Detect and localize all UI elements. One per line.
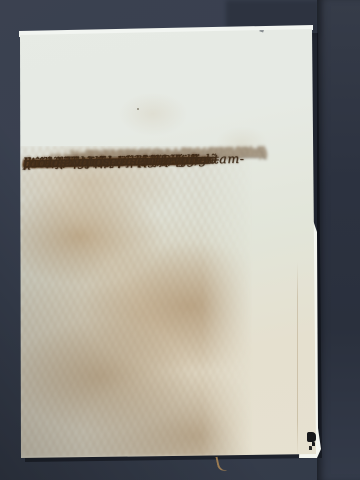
ink-blot xyxy=(307,432,316,442)
paper-speck xyxy=(137,108,139,110)
photo-background: e outro naõ, e por isso naõpodiaõ ser re… xyxy=(0,0,360,480)
ink-bleed-stain xyxy=(20,146,260,456)
background-right-panel xyxy=(317,0,360,480)
manuscript-page: e outro naõ, e por isso naõpodiaõ ser re… xyxy=(0,0,360,480)
vertical-crease xyxy=(297,262,298,456)
paper-stain-spot xyxy=(118,92,188,136)
